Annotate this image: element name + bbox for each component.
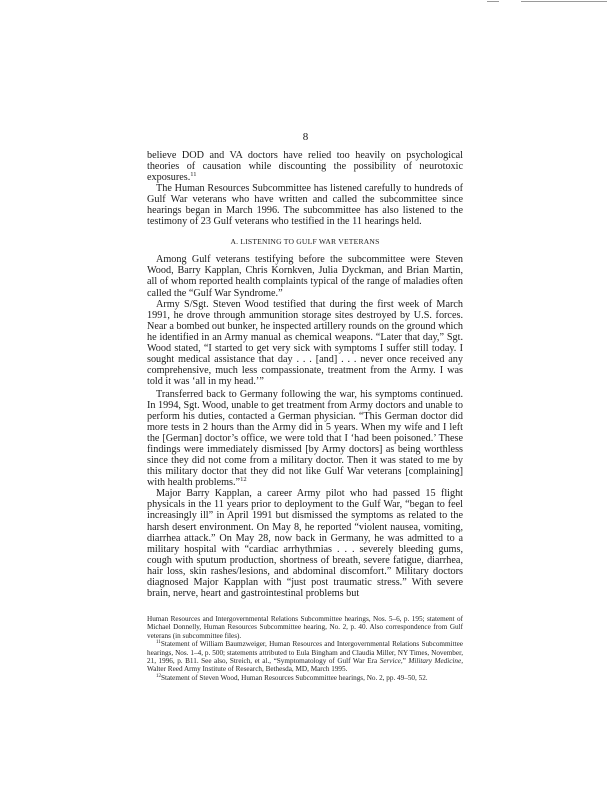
paragraph: Major Barry Kapplan, a career Army pilot…: [147, 488, 463, 598]
paragraph: Among Gulf veterans testifying before th…: [147, 254, 463, 298]
footnotes: Human Resources and Intergovernmental Re…: [147, 615, 463, 682]
footnote-11: 11Statement of William Baumzweiger, Huma…: [147, 640, 463, 674]
paragraph: believe DOD and VA doctors have relied t…: [147, 150, 463, 183]
scan-edge-line-left: [487, 1, 499, 2]
paragraph: Army S/Sgt. Steven Wood testified that d…: [147, 299, 463, 387]
footnote-ref: 11: [190, 171, 196, 178]
section-heading: A. LISTENING TO GULF WAR VETERANS: [147, 236, 463, 247]
footnote-continued: Human Resources and Intergovernmental Re…: [147, 615, 463, 640]
footnote-ref: 12: [240, 476, 247, 483]
footnote-12: 12Statement of Steven Wood, Human Resour…: [147, 674, 463, 682]
paragraph: The Human Resources Subcommittee has lis…: [147, 183, 463, 227]
body-text: believe DOD and VA doctors have relied t…: [147, 150, 463, 599]
scan-edge-line-right: [521, 1, 607, 2]
paragraph: Transferred back to Germany following th…: [147, 389, 463, 488]
page-number: 8: [0, 131, 611, 143]
